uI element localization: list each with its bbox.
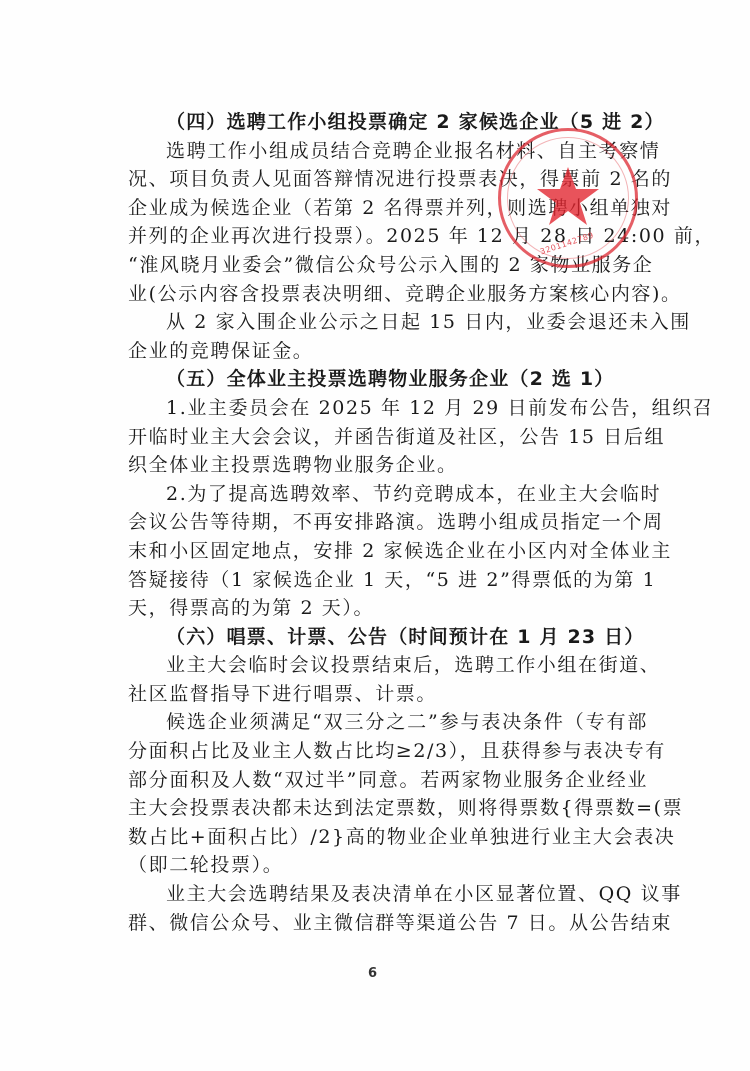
paragraph-line: 群、微信公众号、业主微信群等渠道公告 7 日。从公告结束 bbox=[128, 909, 648, 938]
paragraph-line: “淮风晓月业委会”微信公众号公示入围的 2 家物业服务企 bbox=[128, 251, 648, 280]
paragraph-line: 业(公示内容含投票表决明细、竞聘企业服务方案核心内容)。 bbox=[128, 280, 648, 309]
paragraph-line: 末和小区固定地点，安排 2 家候选企业在小区内对全体业主 bbox=[128, 537, 648, 566]
paragraph-line: 2.为了提高选聘效率、节约竞聘成本，在业主大会临时 bbox=[128, 480, 648, 509]
paragraph-line: 候选企业须满足“双三分之二”参与表决条件（专有部 bbox=[128, 708, 648, 737]
document-page: （四）选聘工作小组投票确定 2 家候选企业（5 进 2） 选聘工作小组成员结合竞… bbox=[0, 0, 750, 1071]
paragraph-line: 社区监督指导下进行唱票、计票。 bbox=[128, 680, 648, 709]
paragraph-line: 业主大会临时会议投票结束后，选聘工作小组在街道、 bbox=[128, 651, 648, 680]
paragraph-line: 主大会投票表决都未达到法定票数，则将得票数{得票数=(票 bbox=[128, 794, 648, 823]
paragraph-line: 从 2 家入围企业公示之日起 15 日内，业委会退还未入围 bbox=[128, 308, 648, 337]
paragraph-line: 开临时业主大会会议，并函告街道及社区，公告 15 日后组 bbox=[128, 423, 648, 452]
document-body: （四）选聘工作小组投票确定 2 家候选企业（5 进 2） 选聘工作小组成员结合竞… bbox=[128, 108, 648, 937]
paragraph-line: 并列的企业再次进行投票）。2025 年 12 月 28 日 24:00 前， bbox=[128, 222, 648, 251]
paragraph-line: 分面积占比及业主人数占比均≥2/3），且获得参与表决专有 bbox=[128, 737, 648, 766]
paragraph-line: 企业的竞聘保证金。 bbox=[128, 337, 648, 366]
paragraph-line: 织全体业主投票选聘物业服务企业。 bbox=[128, 451, 648, 480]
section-heading-5: （五）全体业主投票选聘物业服务企业（2 选 1） bbox=[128, 365, 648, 394]
paragraph-line: 选聘工作小组成员结合竞聘企业报名材料、自主考察情 bbox=[128, 137, 648, 166]
page-number: 6 bbox=[368, 966, 377, 981]
paragraph-line: 况、项目负责人见面答辩情况进行投票表决，得票前 2 名的 bbox=[128, 165, 648, 194]
paragraph-line: 企业成为候选企业（若第 2 名得票并列，则选聘小组单独对 bbox=[128, 194, 648, 223]
paragraph-line: 部分面积及人数“双过半”同意。若两家物业服务企业经业 bbox=[128, 766, 648, 795]
paragraph-line: 答疑接待（1 家候选企业 1 天，“5 进 2”得票低的为第 1 bbox=[128, 566, 648, 595]
paragraph-line: 业主大会选聘结果及表决清单在小区显著位置、QQ 议事 bbox=[128, 880, 648, 909]
paragraph-line: 数占比+面积占比）/2}高的物业企业单独进行业主大会表决 bbox=[128, 823, 648, 852]
paragraph-line: 1.业主委员会在 2025 年 12 月 29 日前发布公告，组织召 bbox=[128, 394, 648, 423]
paragraph-line: （即二轮投票）。 bbox=[128, 851, 648, 880]
section-heading-6: （六）唱票、计票、公告（时间预计在 1 月 23 日） bbox=[128, 623, 648, 652]
section-heading-4: （四）选聘工作小组投票确定 2 家候选企业（5 进 2） bbox=[128, 108, 648, 137]
paragraph-line: 天，得票高的为第 2 天）。 bbox=[128, 594, 648, 623]
paragraph-line: 会议公告等待期，不再安排路演。选聘小组成员指定一个周 bbox=[128, 508, 648, 537]
